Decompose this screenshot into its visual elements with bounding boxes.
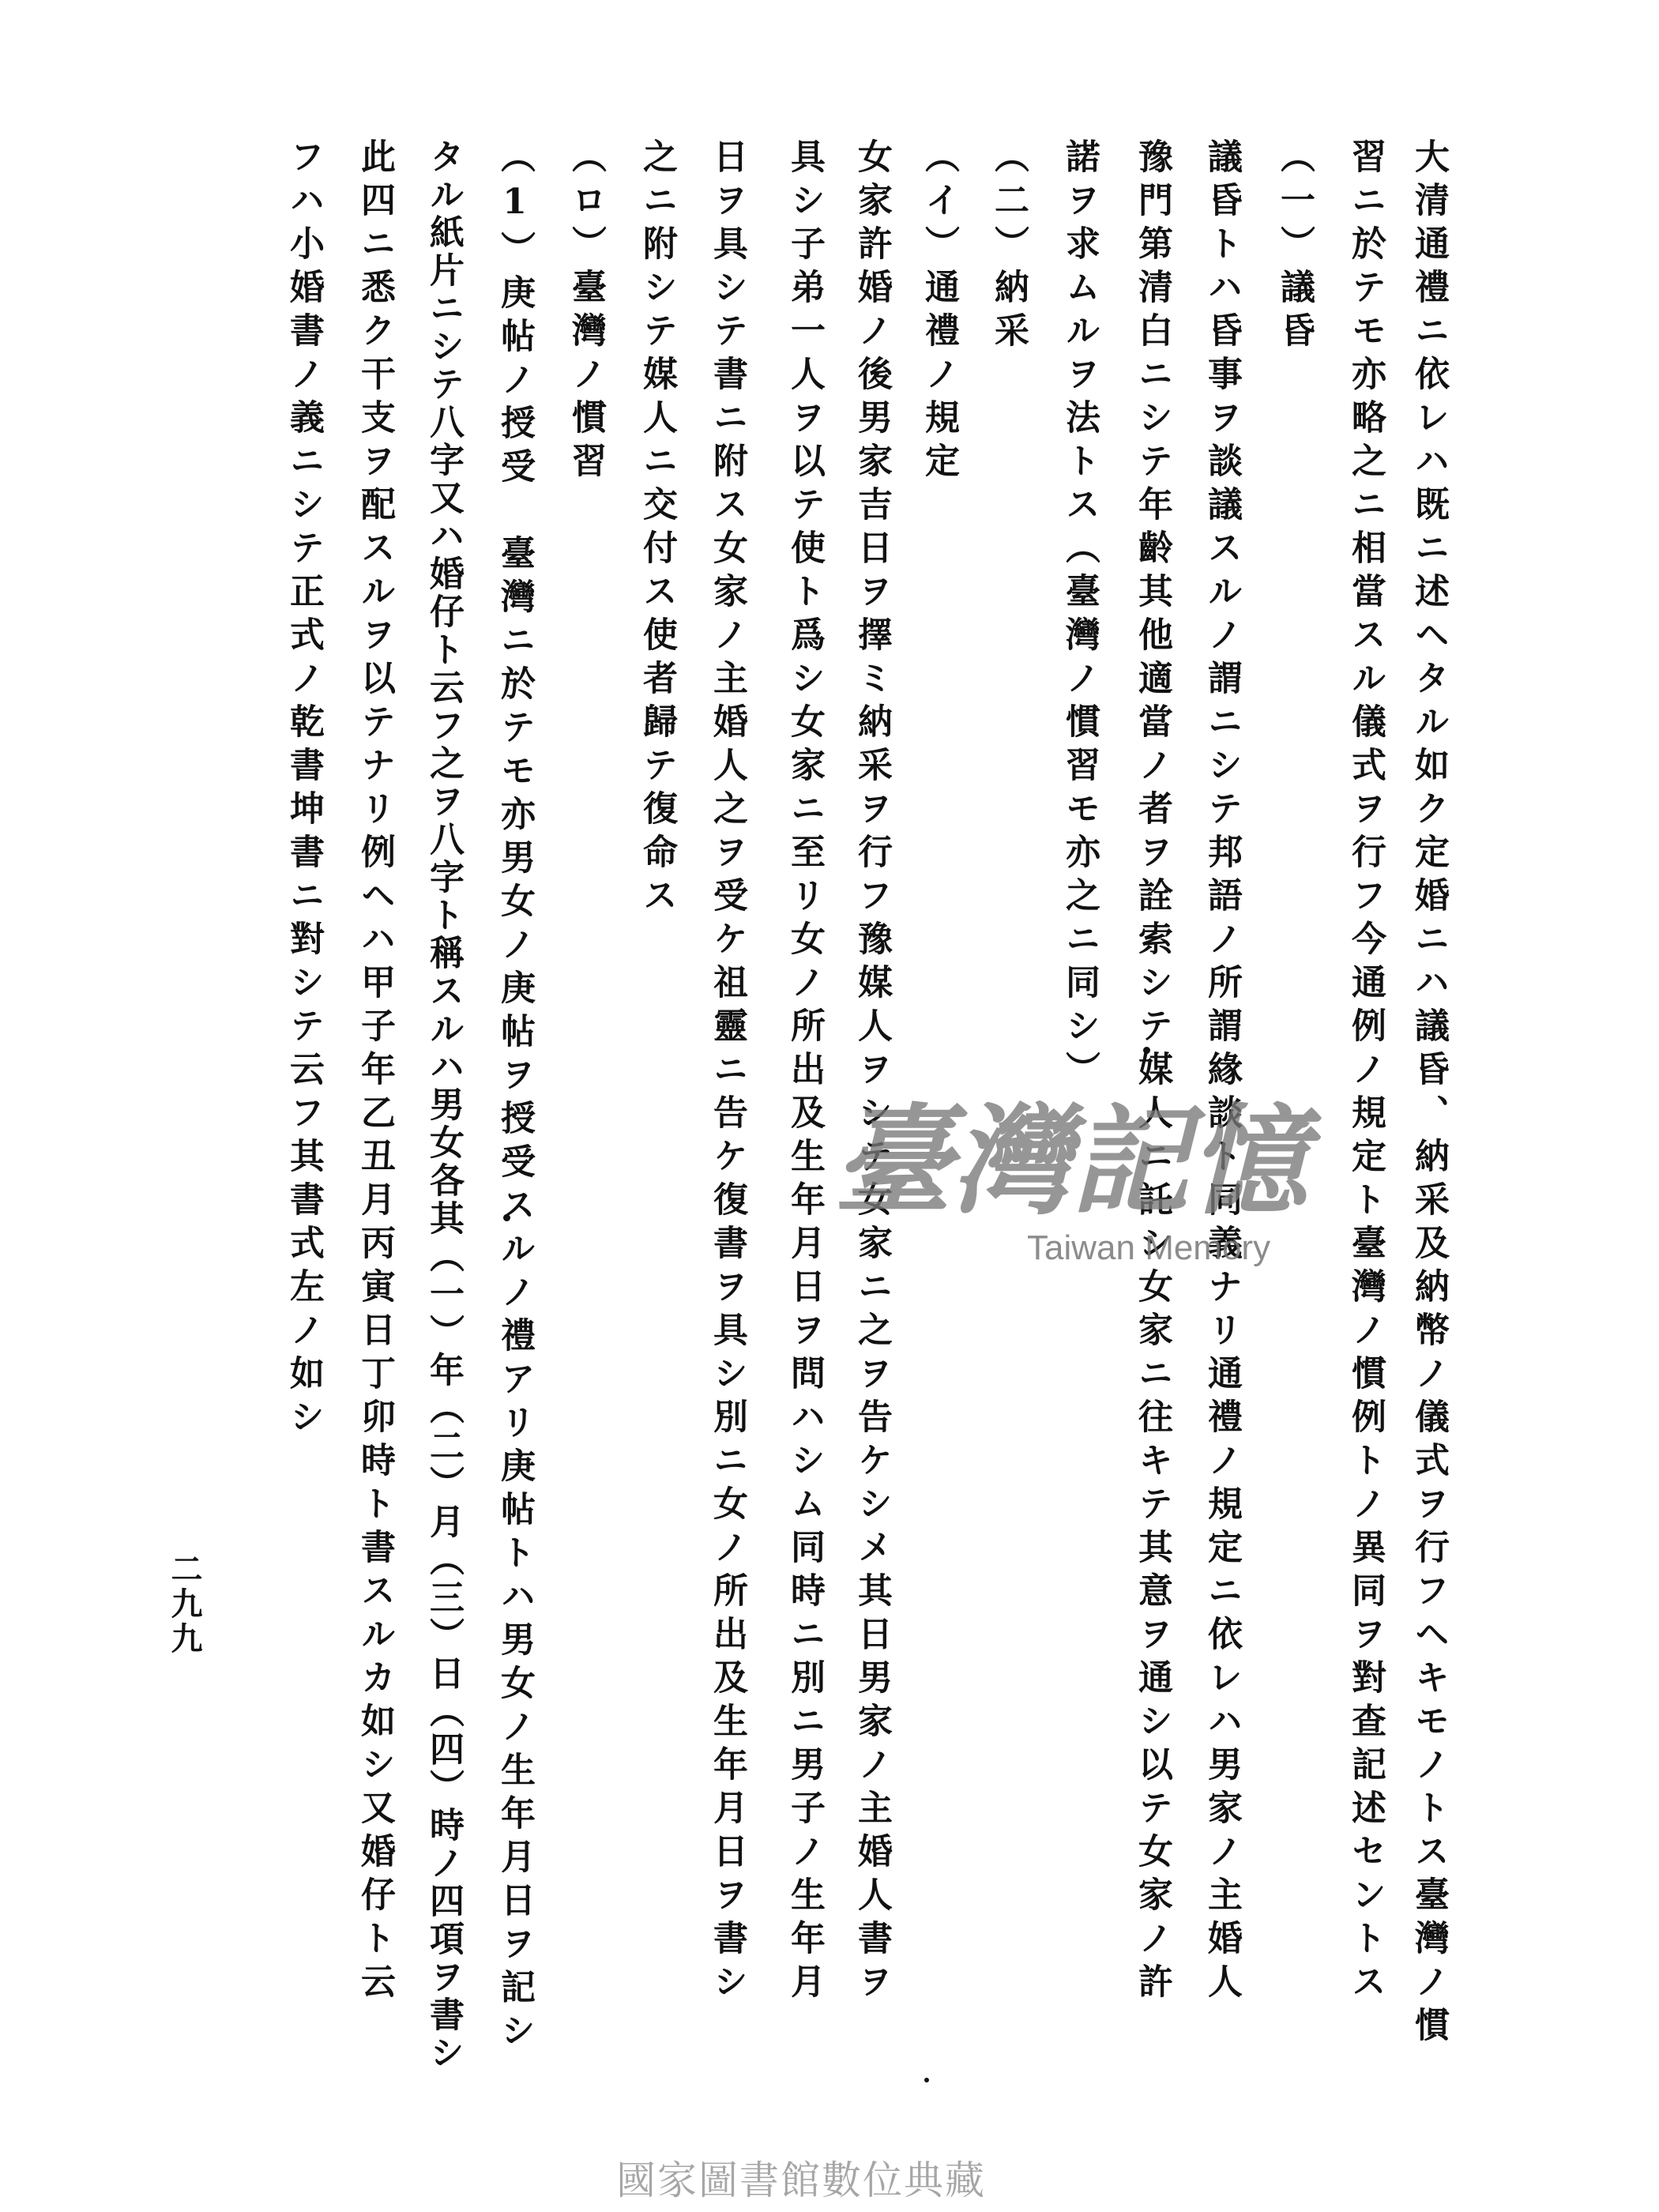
print-speck (1143, 1047, 1150, 1054)
text-column-1: 大清通禮ニ依レハ既ニ述ヘタル如ク定婚ニハ議昏、納采及納幣ノ儀式ヲ行フヘキモノトス… (1398, 138, 1446, 2050)
national-library-footer-watermark: 國家圖書館數位典藏 (616, 2161, 986, 2200)
text-column-2: 習ニ於テモ亦略之ニ相當スル儀式ヲ行フ今通例ノ規定ト臺灣ノ慣例トノ異同ヲ對查記述セ… (1335, 138, 1382, 2007)
text-column-4: 議昏トハ昏事ヲ談議スルノ謂ニシテ邦語ノ所謂緣談ト同義ナリ通禮ノ規定ニ依レハ男家ノ… (1191, 138, 1239, 2007)
text-column-6: 諾ヲ求ムルヲ法トス（臺灣ノ慣習モ亦之ニ同シ） (1049, 138, 1097, 1094)
print-speck (924, 2078, 929, 2082)
text-column-16: 此四ニ悉ク干支ヲ配スルヲ以テナリ例ヘハ甲子年乙丑月丙寅日丁卯時ト書スルカ如シ又婚… (344, 138, 392, 2007)
subsection-heading-tsurei: （イ）通禮ノ規定 (908, 138, 956, 486)
text-column-11: 日ヲ具シテ書ニ附ス女家ノ主婚人之ヲ受ケ祖靈ニ告ケ復書ヲ具シ別ニ女ノ所出及生年月日… (697, 138, 744, 2007)
text-column-12: 之ニ附シテ媒人ニ交付ス使者歸テ復命ス (626, 138, 674, 920)
text-column-9: 女家許婚ノ後男家吉日ヲ擇ミ納采ヲ行フ豫媒人ヲシテ女家ニ之ヲ告ケシメ其日男家ノ主婚… (841, 138, 889, 2007)
section-heading-nousai: （二）納采 (978, 138, 1025, 355)
print-speck (503, 1214, 510, 1221)
page-number: 二九九 (162, 1552, 207, 1657)
text-column-15: タル紙片ニシテ八字又ハ婚仔ト云フ之ヲ八字ト稱スルハ男女各其（一）年（二）月（三）… (413, 138, 461, 2072)
taiwan-memory-watermark-logo: 臺灣記憶 (833, 1102, 1307, 1221)
text-column-14: （1）庚帖ノ授受 臺灣ニ於テモ亦男女ノ庚帖ヲ授受スルノ禮アリ庚帖トハ男女ノ生年月… (484, 138, 532, 2056)
subsection-heading-taiwan-custom: （ロ）臺灣ノ慣習 (555, 138, 603, 486)
text-column-17: フハ小婚書ノ義ニシテ正式ノ乾書坤書ニ對シテ云フ其書式左ノ如シ (273, 138, 321, 1442)
text-column-10: 具シ子弟一人ヲ以テ使ト爲シ女家ニ至リ女ノ所出及生年月日ヲ問ハシム同時ニ別ニ男子ノ… (774, 138, 822, 2007)
text-column-5: 豫門第清白ニシテ年齡其他適當ノ者ヲ詮索シテ媒人ニ託シ女家ニ往キテ其意ヲ通シ以テ女… (1122, 138, 1169, 2007)
taiwan-memory-watermark-text: Taiwan Memory (1027, 1228, 1270, 1268)
section-heading-gishon: （一）議昏 (1264, 138, 1311, 355)
scanned-page: 大清通禮ニ依レハ既ニ述ヘタル如ク定婚ニハ議昏、納采及納幣ノ儀式ヲ行フヘキモノトス… (0, 0, 1659, 2212)
